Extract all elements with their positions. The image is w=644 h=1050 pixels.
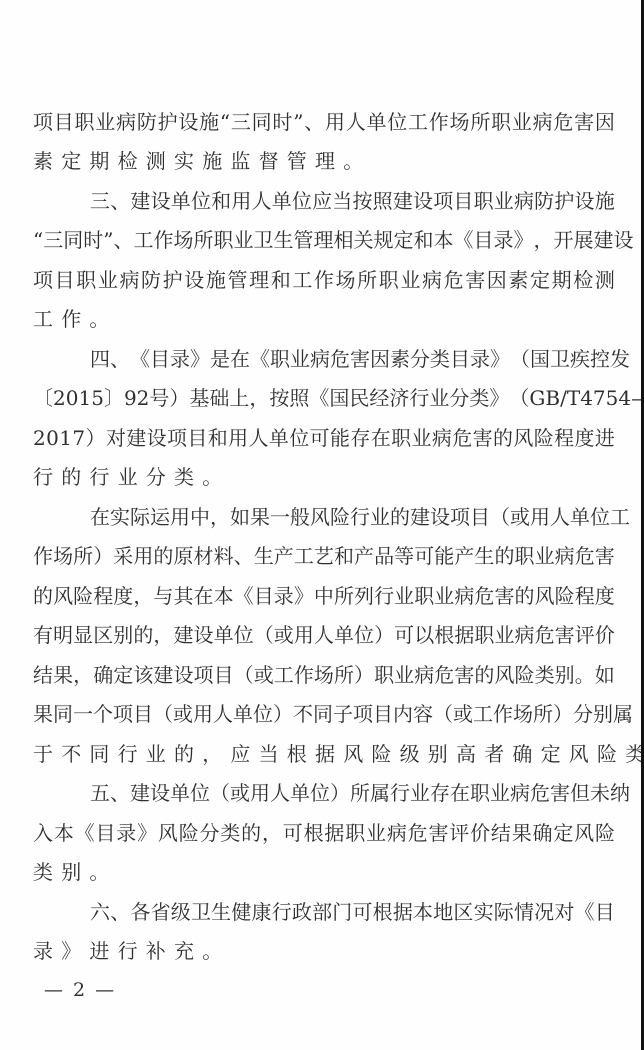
text-line: 的风险程度，与其在本《目录》中所列行业职业病危害的风险程度	[33, 584, 615, 608]
text-line: 素定期检测实施监督管理。	[33, 149, 615, 173]
text-line: 结果，确定该建设项目（或工作场所）职业病危害的风险类别。如	[33, 663, 615, 687]
text-line: 五、建设单位（或用人单位）所属行业存在职业病危害但未纳	[90, 781, 615, 805]
text-line: 四、《目录》是在《职业病危害因素分类目录》（国卫疾控发	[90, 347, 615, 371]
text-line: 六、各省级卫生健康行政部门可根据本地区实际情况对《目	[90, 900, 615, 924]
document-page: 项目职业病防护设施“三同时”、用人单位工作场所职业病危害因 素定期检测实施监督管…	[0, 0, 641, 1050]
text-line: 录》进行补充。	[33, 939, 615, 963]
text-line: 有明显区别的，建设单位（或用人单位）可以根据职业病危害评价	[33, 623, 615, 647]
text-line: 项目职业病防护设施管理和工作场所职业病危害因素定期检测	[33, 268, 615, 292]
text-line: 果同一个项目（或用人单位）不同子项目内容（或工作场所）分别属	[33, 702, 615, 726]
text-line: 入本《目录》风险分类的，可根据职业病危害评价结果确定风险	[33, 821, 615, 845]
page-number: — 2 —	[44, 978, 116, 1002]
text-line: 三、建设单位和用人单位应当按照建设项目职业病防护设施	[90, 189, 615, 213]
text-line: 作场所）采用的原材料、生产工艺和产品等可能产生的职业病危害	[33, 544, 615, 568]
text-line: 于不同行业的，应当根据风险级别高者确定风险类别。	[33, 742, 615, 766]
text-line: 〔2015〕92 号）基础上，按照《国民经济行业分类》（GB/T 4754—	[33, 386, 615, 410]
text-line: 项目职业病防护设施“三同时”、用人单位工作场所职业病危害因	[33, 110, 615, 134]
text-line: 在实际运用中，如果一般风险行业的建设项目（或用人单位工	[90, 505, 615, 529]
text-line: 类别。	[33, 860, 615, 884]
text-line: 行的行业分类。	[33, 465, 615, 489]
text-line: 工作。	[33, 307, 615, 331]
text-line: 2017）对建设项目和用人单位可能存在职业病危害的风险程度进	[33, 426, 615, 450]
text-line: “三同时”、工作场所职业卫生管理相关规定和本《目录》，开展建设	[33, 228, 615, 252]
